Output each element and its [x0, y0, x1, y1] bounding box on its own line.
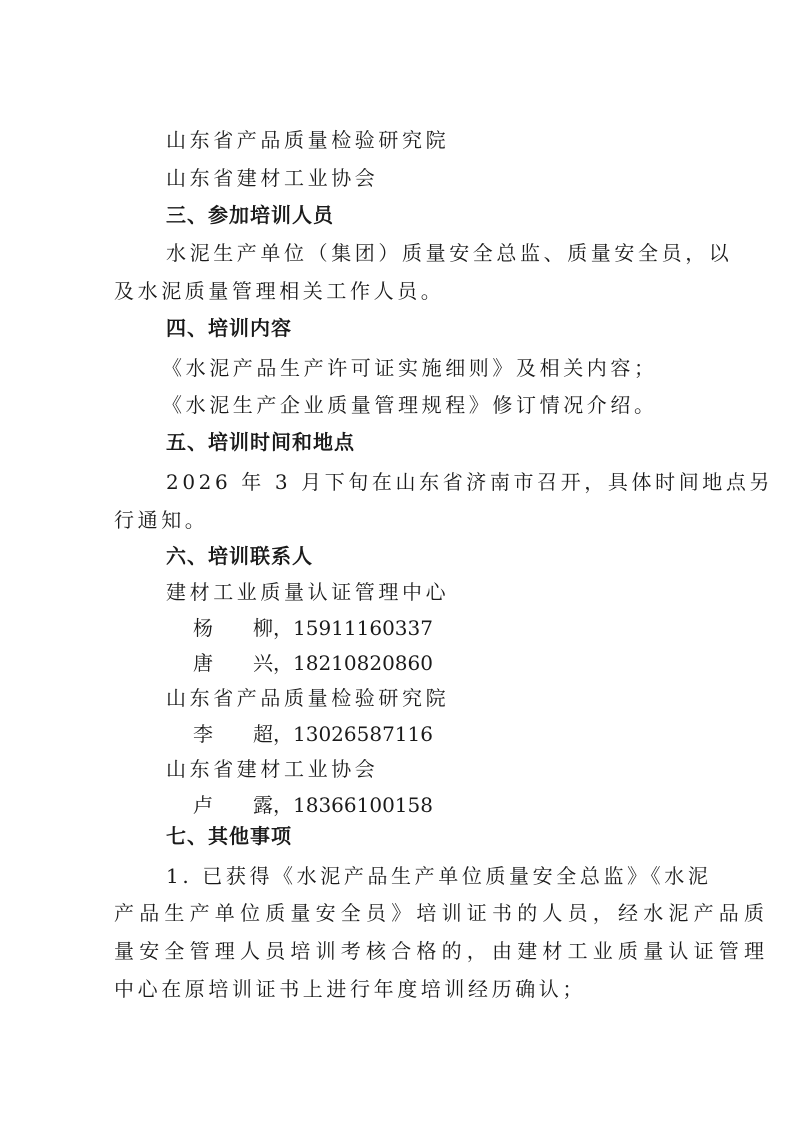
- section-heading-participants: 三、参加培训人员: [166, 203, 334, 227]
- contact-phone: ，18366100158: [273, 793, 433, 817]
- contact-org: 建材工业质量认证管理中心: [166, 580, 449, 604]
- paragraph-line: 产品生产单位质量安全员》培训证书的人员，经水泥产品质: [114, 901, 769, 925]
- contact-phone: ，18210820860: [273, 651, 433, 675]
- contact-name: 李超: [193, 722, 273, 746]
- contact-name: 唐兴: [193, 651, 273, 675]
- contact-org: 山东省产品质量检验研究院: [166, 686, 449, 710]
- contact-phone: ，15911160337: [273, 616, 433, 640]
- paragraph-line: 量安全管理人员培训考核合格的，由建材工业质量认证管理: [114, 939, 769, 963]
- paragraph-line: 行通知。: [114, 508, 208, 532]
- contact-person: 杨柳，15911160337: [193, 616, 433, 640]
- contact-name: 杨柳: [193, 616, 273, 640]
- contact-phone: ，13026587116: [273, 722, 433, 746]
- paragraph-line: 中心在原培训证书上进行年度培训经历确认；: [114, 977, 586, 1001]
- organizer-line: 山东省产品质量检验研究院: [166, 128, 449, 152]
- paragraph-line: 1. 已获得《水泥产品生产单位质量安全总监》《水泥: [166, 864, 711, 888]
- paragraph-line: 及水泥质量管理相关工作人员。: [114, 279, 444, 303]
- contact-name: 卢露: [193, 793, 273, 817]
- contact-person: 李超，13026587116: [193, 722, 433, 746]
- paragraph-line: 2026 年 3 月下旬在山东省济南市召开，具体时间地点另: [166, 470, 773, 494]
- section-heading-other: 七、其他事项: [166, 824, 292, 848]
- contact-person: 唐兴，18210820860: [193, 651, 433, 675]
- section-heading-contacts: 六、培训联系人: [166, 544, 313, 568]
- contact-org: 山东省建材工业协会: [166, 757, 378, 781]
- paragraph-line: 《水泥生产企业质量管理规程》修订情况介绍。: [162, 393, 658, 417]
- section-heading-content: 四、培训内容: [166, 316, 292, 340]
- paragraph-line: 《水泥产品生产许可证实施细则》及相关内容；: [162, 356, 658, 380]
- contact-person: 卢露，18366100158: [193, 793, 433, 817]
- paragraph-line: 水泥生产单位（集团）质量安全总监、质量安全员，以: [166, 241, 732, 265]
- section-heading-time-place: 五、培训时间和地点: [166, 430, 355, 454]
- organizer-line: 山东省建材工业协会: [166, 166, 378, 190]
